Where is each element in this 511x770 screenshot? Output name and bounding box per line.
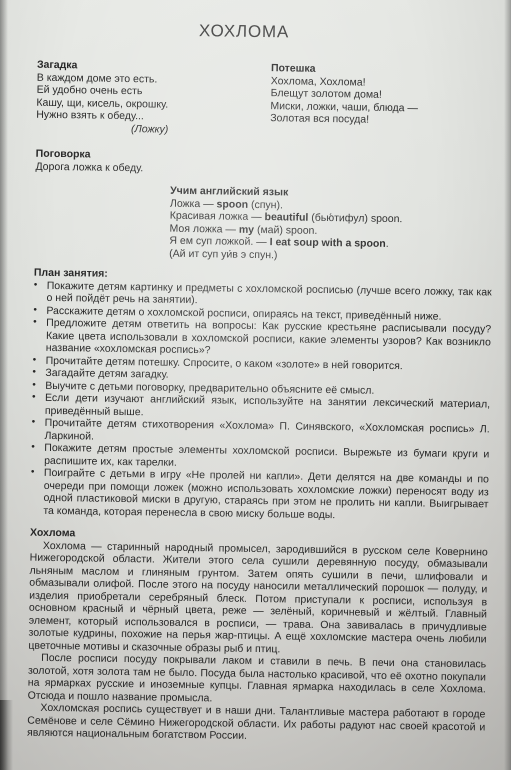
riddle-answer: (Ложку): [131, 123, 270, 138]
poteshka-line: Золотая вся посуда!: [270, 112, 494, 128]
bullet-icon: •: [33, 279, 46, 304]
text-segment: (май) spoon.: [254, 223, 317, 236]
article-section: Хохлома Хохлома — старинный народный про…: [27, 527, 488, 746]
page-content: ХОХЛОМА Загадка В каждом доме это есть.Е…: [0, 0, 511, 746]
text-segment: my: [239, 223, 254, 235]
text-segment: Ложка —: [170, 197, 217, 210]
bullet-icon: •: [32, 379, 45, 392]
english-section: Учим английский язык Ложка — spoon (спун…: [169, 185, 493, 265]
page-body: Загадка В каждом доме это есть.Ей удобно…: [0, 58, 510, 746]
proverb-section: Поговорка Дорога ложка к обеду.: [35, 148, 493, 180]
poteshka-section: Потешка Хохлома, Хохлома!Блещут золотом …: [270, 62, 495, 140]
bullet-icon: •: [33, 317, 47, 355]
text-segment: Моя ложка —: [170, 222, 239, 235]
article-paragraph: После росписи посуду покрывали лаком и с…: [28, 652, 487, 709]
bullet-icon: •: [32, 392, 45, 417]
text-segment: .: [386, 238, 389, 250]
bullet-icon: •: [31, 417, 44, 442]
article-paragraphs: Хохлома — старинный народный промысел, з…: [27, 539, 488, 746]
text-segment: I eat soup with a spoon: [270, 236, 386, 250]
text-segment: (спун).: [248, 198, 283, 211]
text-segment: spoon: [217, 198, 249, 210]
text-segment: Я ем суп ложкой. —: [169, 235, 269, 248]
bullet-icon: •: [33, 354, 46, 367]
text-segment: (бью́тифул) spoon.: [308, 212, 402, 225]
plan-item-text: Предложите детям ответить на вопросы: Ка…: [46, 317, 492, 361]
text-segment: (Ай ит суп уи́в э спун.): [169, 247, 277, 261]
text-segment: beautiful: [265, 211, 309, 224]
bullet-icon: •: [33, 304, 46, 317]
english-lines: Ложка — spoon (спун).Красивая ложка — be…: [169, 197, 493, 264]
bullet-icon: •: [30, 467, 44, 517]
article-paragraph: Хохломская роспись существует и в наши д…: [27, 702, 486, 746]
plan-items: •Покажите детям картинку и предметы с хо…: [30, 279, 491, 523]
page-title: ХОХЛОМА: [0, 18, 489, 45]
bullet-icon: •: [32, 367, 45, 380]
plan-item: •Поиграйте с детьми в игру «Не пролей ни…: [30, 467, 489, 524]
text-segment: Красивая ложка —: [170, 210, 265, 223]
top-two-columns: Загадка В каждом доме это есть.Ей удобно…: [36, 59, 495, 141]
article-paragraph: Хохлома — старинный народный промысел, з…: [28, 539, 488, 658]
plan-item-text: Поиграйте с детьми в игру «Не пролей ни …: [43, 467, 489, 524]
plan-section: План занятия: •Покажите детям картинку и…: [30, 267, 492, 524]
riddle-section: Загадка В каждом доме это есть.Ей удобно…: [36, 59, 271, 137]
poteshka-lines: Хохлома, Хохлома!Блещут золотом дома!Мис…: [270, 75, 495, 128]
bullet-icon: •: [31, 442, 44, 467]
photographed-page: ХОХЛОМА Загадка В каждом доме это есть.Е…: [0, 0, 511, 770]
riddle-lines: В каждом доме это есть.Ей удобно очень е…: [36, 71, 271, 124]
